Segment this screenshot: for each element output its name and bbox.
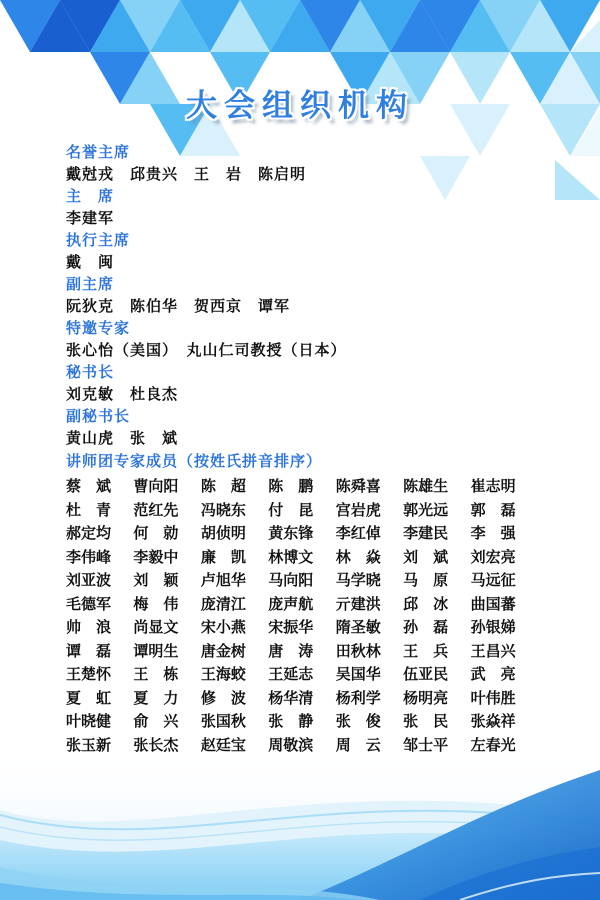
lecturer-name: 张 静 xyxy=(268,710,335,731)
lecturer-name: 范红先 xyxy=(133,499,200,520)
section-invited-experts: 特邀专家 张心怡（美国） 丸山仁司教授（日本） xyxy=(66,317,538,361)
section-names: 刘克敏 杜良杰 xyxy=(66,383,538,405)
lecturer-name: 邹士平 xyxy=(403,734,470,755)
lecturer-name: 谭明生 xyxy=(133,640,200,661)
lecturer-name: 李毅中 xyxy=(133,546,200,567)
lecturer-name: 孙 磊 xyxy=(403,616,470,637)
lecturer-name: 马 原 xyxy=(403,569,470,590)
lecturer-name: 张玉新 xyxy=(66,734,133,755)
lecturer-name: 隋圣敏 xyxy=(336,616,403,637)
section-label: 秘书长 xyxy=(66,361,538,383)
lecturer-name: 郭光远 xyxy=(403,499,470,520)
lecturer-name: 谭 磊 xyxy=(66,640,133,661)
lecturer-name: 胡侦明 xyxy=(201,522,268,543)
lecturer-name: 宋小燕 xyxy=(201,616,268,637)
section-deputy-secretary-general: 副秘书长 黄山虎 张 斌 xyxy=(66,405,538,449)
section-label: 副秘书长 xyxy=(66,405,538,427)
lecturer-name: 刘 颖 xyxy=(133,569,200,590)
section-chairman: 主 席 李建军 xyxy=(66,185,538,229)
lecturer-name: 林 焱 xyxy=(336,546,403,567)
page-title: 大会组织机构 xyxy=(0,80,600,125)
lecturer-name: 俞 兴 xyxy=(133,710,200,731)
lecturer-name: 赵廷宝 xyxy=(201,734,268,755)
lecturer-name: 曲国蕃 xyxy=(471,593,538,614)
footer-wave-decoration xyxy=(0,750,600,900)
lecturer-name: 尚显文 xyxy=(133,616,200,637)
lecturer-name: 马学晓 xyxy=(336,569,403,590)
lecturer-name: 庞声航 xyxy=(268,593,335,614)
lecturer-name: 夏 虹 xyxy=(66,687,133,708)
lecturer-name: 毛德军 xyxy=(66,593,133,614)
lecturer-name: 梅 伟 xyxy=(133,593,200,614)
section-honorary-chairman: 名誉主席 戴尅戎 邱贵兴 王 岩 陈启明 xyxy=(66,141,538,185)
lecturer-name: 夏 力 xyxy=(133,687,200,708)
lecturer-name: 吴国华 xyxy=(336,663,403,684)
lecturer-name: 郝定均 xyxy=(66,522,133,543)
lecturer-name: 杨利学 xyxy=(336,687,403,708)
lecturer-grid: 蔡 斌曹向阳陈 超陈 鹏陈舜喜陈雄生崔志明杜 青范红先冯晓东付 昆宫岩虎郭光远郭… xyxy=(66,474,538,756)
lecturer-name: 唐 涛 xyxy=(268,640,335,661)
section-label: 特邀专家 xyxy=(66,317,538,339)
lecturer-name: 叶晓健 xyxy=(66,710,133,731)
lecturer-name: 王海蛟 xyxy=(201,663,268,684)
lecturer-name: 孙银娣 xyxy=(471,616,538,637)
section-label: 副主席 xyxy=(66,273,538,295)
lecturer-name: 左春光 xyxy=(471,734,538,755)
lecturer-name: 伍亚民 xyxy=(403,663,470,684)
lecturer-name: 郭 磊 xyxy=(471,499,538,520)
section-label: 执行主席 xyxy=(66,229,538,251)
lecturer-name: 李 强 xyxy=(471,522,538,543)
lecturer-name: 黄东锋 xyxy=(268,522,335,543)
section-names: 张心怡（美国） 丸山仁司教授（日本） xyxy=(66,339,538,361)
lecturer-name: 周 云 xyxy=(336,734,403,755)
lecturer-name: 叶伟胜 xyxy=(471,687,538,708)
lecturer-name: 宋振华 xyxy=(268,616,335,637)
lecturer-name: 付 昆 xyxy=(268,499,335,520)
lecturer-name: 庞清江 xyxy=(201,593,268,614)
lecturer-name: 帅 浪 xyxy=(66,616,133,637)
section-label: 主 席 xyxy=(66,185,538,207)
lecturer-name: 王 兵 xyxy=(403,640,470,661)
lecturer-name: 蔡 斌 xyxy=(66,475,133,496)
main-content: 名誉主席 戴尅戎 邱贵兴 王 岩 陈启明 主 席 李建军 执行主席 戴 闽 副主… xyxy=(66,141,538,756)
lecturer-name: 卢旭华 xyxy=(201,569,268,590)
lecturer-name: 武 亮 xyxy=(471,663,538,684)
lecturer-name: 王昌兴 xyxy=(471,640,538,661)
lecturer-name: 杨明亮 xyxy=(403,687,470,708)
section-lecturer-group: 讲师团专家成员（按姓氏拼音排序） 蔡 斌曹向阳陈 超陈 鹏陈舜喜陈雄生崔志明杜 … xyxy=(66,449,538,756)
lecturer-name: 陈舜喜 xyxy=(336,475,403,496)
lecturer-name: 刘亚波 xyxy=(66,569,133,590)
lecturer-name: 陈 超 xyxy=(201,475,268,496)
lecturer-name: 崔志明 xyxy=(471,475,538,496)
lecturer-name: 刘宏亮 xyxy=(471,546,538,567)
lecturer-name: 林博文 xyxy=(268,546,335,567)
section-names: 戴尅戎 邱贵兴 王 岩 陈启明 xyxy=(66,163,538,185)
section-names: 李建军 xyxy=(66,207,538,229)
section-label: 名誉主席 xyxy=(66,141,538,163)
lecturer-name: 何 勍 xyxy=(133,522,200,543)
lecturer-name: 廉 凯 xyxy=(201,546,268,567)
lecturer-name: 张长杰 xyxy=(133,734,200,755)
lecturer-name: 陈 鹏 xyxy=(268,475,335,496)
lecturer-name: 周敬滨 xyxy=(268,734,335,755)
lecturer-name: 马向阳 xyxy=(268,569,335,590)
lecturer-name: 李伟峰 xyxy=(66,546,133,567)
lecturer-name: 亓建洪 xyxy=(336,593,403,614)
lecturer-name: 冯晓东 xyxy=(201,499,268,520)
lecturer-name: 王延志 xyxy=(268,663,335,684)
lecturer-name: 曹向阳 xyxy=(133,475,200,496)
lecturer-name: 宫岩虎 xyxy=(336,499,403,520)
lecturer-name: 杨华清 xyxy=(268,687,335,708)
lecturer-name: 陈雄生 xyxy=(403,475,470,496)
section-vice-chairman: 副主席 阮狄克 陈伯华 贺西京 谭军 xyxy=(66,273,538,317)
lecturer-name: 王楚怀 xyxy=(66,663,133,684)
lecturer-name: 张焱祥 xyxy=(471,710,538,731)
lecturer-name: 李红倬 xyxy=(336,522,403,543)
section-names: 戴 闽 xyxy=(66,251,538,273)
lecturer-name: 张 民 xyxy=(403,710,470,731)
lecturer-name: 张 俊 xyxy=(336,710,403,731)
section-secretary-general: 秘书长 刘克敏 杜良杰 xyxy=(66,361,538,405)
lecturer-name: 邱 冰 xyxy=(403,593,470,614)
lecturer-name: 杜 青 xyxy=(66,499,133,520)
lecturer-name: 王 栋 xyxy=(133,663,200,684)
section-names: 阮狄克 陈伯华 贺西京 谭军 xyxy=(66,295,538,317)
lecturer-name: 马远征 xyxy=(471,569,538,590)
section-executive-chairman: 执行主席 戴 闽 xyxy=(66,229,538,273)
lecturer-name: 修 波 xyxy=(201,687,268,708)
lecturer-name: 李建民 xyxy=(403,522,470,543)
lecturer-name: 田秋林 xyxy=(336,640,403,661)
lecturer-group-label: 讲师团专家成员（按姓氏拼音排序） xyxy=(66,449,538,473)
lecturer-name: 唐金树 xyxy=(201,640,268,661)
section-names: 黄山虎 张 斌 xyxy=(66,427,538,449)
lecturer-name: 刘 斌 xyxy=(403,546,470,567)
lecturer-name: 张国秋 xyxy=(201,710,268,731)
